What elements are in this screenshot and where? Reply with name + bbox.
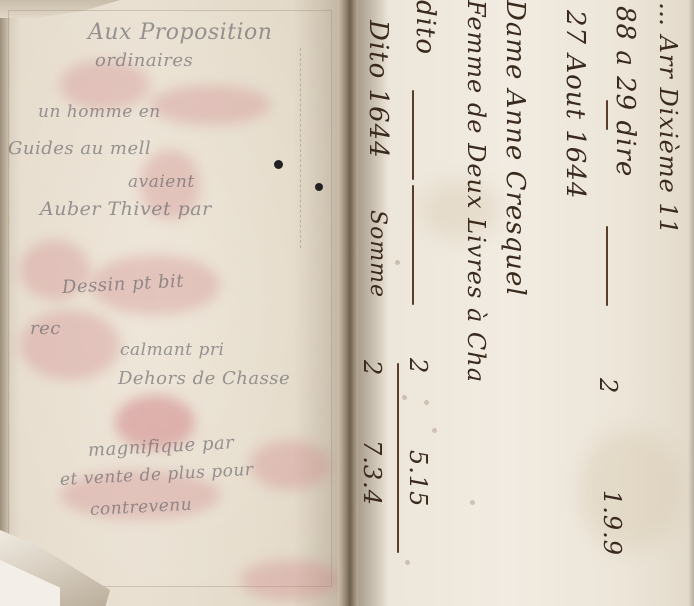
manuscript-photo: Aux Proposition ordinaires un homme en G…	[0, 0, 694, 606]
dash-rule	[606, 226, 608, 306]
pencil-line: un homme en	[38, 102, 161, 122]
amount: 5.15	[404, 450, 432, 507]
speckle	[470, 500, 475, 505]
ledger-entry: 27 Aout 1644	[560, 10, 590, 199]
pencil-line: Guides au mell	[8, 138, 151, 159]
ledger-entry: Dame Anne Cresquel	[500, 0, 530, 297]
pencil-line: rec	[30, 318, 61, 339]
red-stain	[150, 85, 270, 125]
ledger-entry: Femme de Deux Livres à Cha	[462, 0, 490, 383]
left-page: Aux Proposition ordinaires un homme en G…	[0, 0, 345, 606]
pencil-line: ordinaires	[95, 50, 193, 71]
ledger-entry: dito	[410, 0, 440, 55]
amount: 7.3.4	[358, 440, 386, 506]
pencil-line: Dehors de Chasse	[118, 368, 290, 389]
speckle	[424, 400, 429, 405]
right-page-edge	[688, 0, 694, 606]
amount: 2	[358, 360, 386, 376]
red-stain	[250, 440, 330, 490]
amount: 2	[404, 358, 432, 374]
dash-rule	[412, 90, 414, 180]
amount: 2	[594, 378, 622, 394]
ink-dot	[274, 160, 283, 169]
ledger-entry: Somme	[365, 210, 390, 298]
water-stain	[580, 430, 680, 550]
pencil-line: Aux Proposition	[88, 20, 272, 45]
speckle	[405, 560, 410, 565]
ledger-entry: … Arr Dixième 11	[654, 2, 682, 235]
dash-rule	[606, 100, 608, 130]
speckle	[402, 395, 407, 400]
fold-line	[300, 48, 331, 248]
pencil-line: avaient	[128, 172, 195, 192]
amount: 1.9.9	[598, 490, 626, 556]
pencil-line: calmant pri	[120, 340, 224, 360]
speckle	[432, 428, 437, 433]
red-stain	[240, 560, 340, 600]
ink-dot	[315, 183, 323, 191]
dash-rule	[412, 185, 414, 305]
sum-rule	[397, 363, 399, 553]
pencil-line: Auber Thivet par	[40, 198, 212, 220]
ledger-entry: 88 a 29 dire	[610, 6, 640, 177]
speckle	[395, 260, 400, 265]
ledger-entry: Dito 1644	[363, 20, 393, 159]
